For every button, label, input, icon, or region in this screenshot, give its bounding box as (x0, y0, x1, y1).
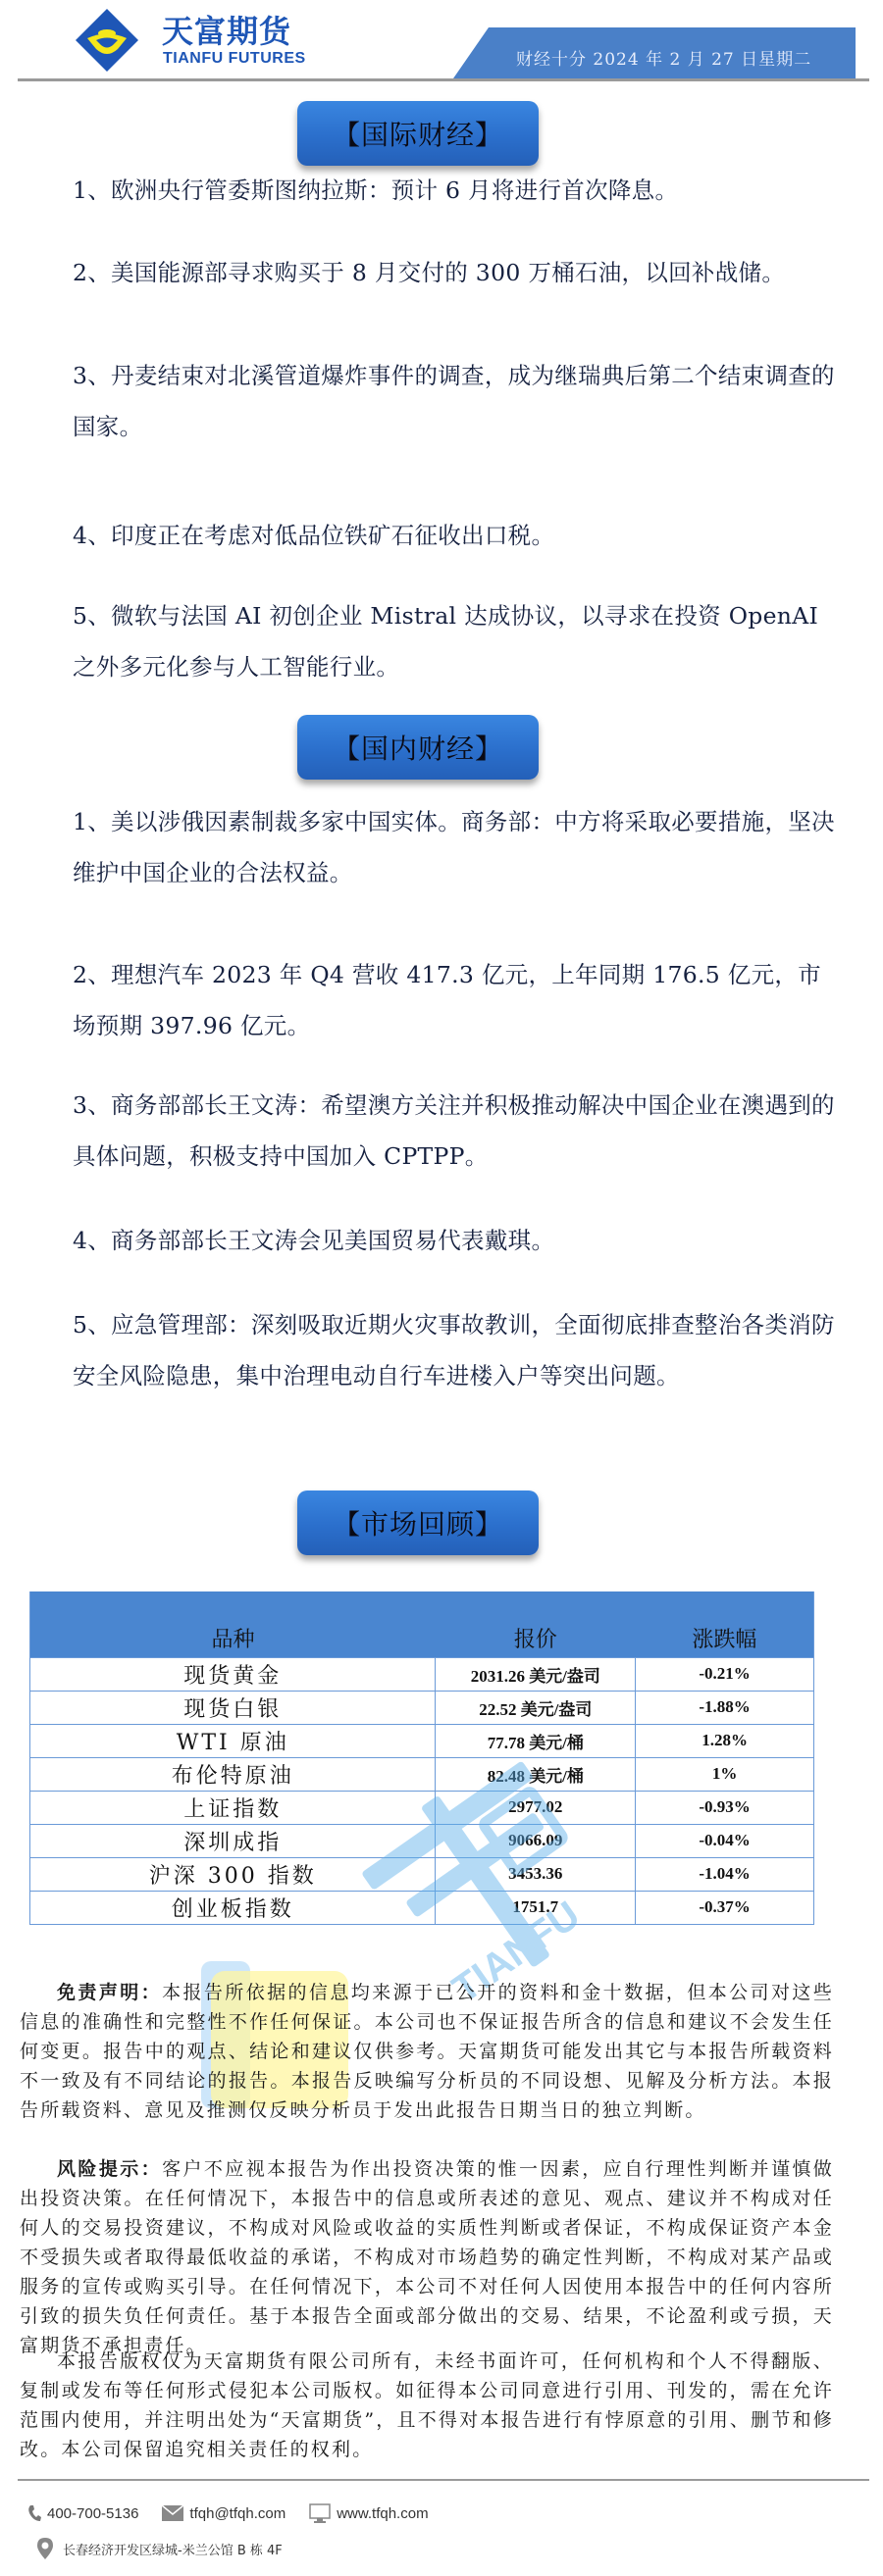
news-item: 3、商务部部长王文涛：希望澳方关注并积极推动解决中国企业在澳遇到的具体问题，积极… (73, 1080, 838, 1182)
instrument-name: 创业板指数 (30, 1891, 436, 1924)
tianfu-logo-icon (75, 8, 139, 73)
risk-notice-paragraph: 风险提示：客户不应视本报告为作出投资决策的惟一因素，应自行理性判断并谨慎做出投资… (20, 2154, 834, 2360)
risk-notice-text: 客户不应视本报告为作出投资决策的惟一因素，应自行理性判断并谨慎做出投资决策。在任… (20, 2158, 834, 2356)
instrument-name: 布伦特原油 (30, 1757, 436, 1791)
instrument-change: -1.04% (636, 1857, 814, 1891)
instrument-change: -0.04% (636, 1824, 814, 1857)
instrument-price: 2031.26 美元/盎司 (436, 1657, 636, 1691)
instrument-price: 3453.36 (436, 1857, 636, 1891)
news-item: 4、商务部部长王文涛会见美国贸易代表戴琪。 (73, 1215, 838, 1266)
risk-notice-label: 风险提示： (57, 2158, 162, 2180)
news-item: 2、美国能源部寻求购买于 8 月交付的 300 万桶石油，以回补战储。 (73, 247, 838, 298)
table-row: 深圳成指 9066.09 -0.04% (30, 1824, 814, 1857)
office-address: 长春经济开发区绿城-米兰公馆 B 栋 4F (63, 2540, 283, 2558)
instrument-name: 现货白银 (30, 1691, 436, 1724)
instrument-change: -0.37% (636, 1891, 814, 1924)
contact-phone: 400-700-5136 (27, 2504, 138, 2522)
header-divider (18, 78, 869, 81)
table-header-row: 品种 报价 涨跌幅 (30, 1591, 814, 1657)
news-item: 1、美以涉俄因素制裁多家中国实体。商务部：中方将采取必要措施，坚决维护中国企业的… (73, 796, 838, 898)
section-title-label: 【国际财经】 (333, 114, 503, 153)
column-header-instrument: 品种 (30, 1591, 436, 1657)
news-item: 5、应急管理部：深刻吸取近期火灾事故教训，全面彻底排查整治各类消防安全风险隐患，… (73, 1299, 838, 1401)
email-address[interactable]: tfqh@tfqh.com (189, 2505, 286, 2522)
date-banner: 财经十分 2024 年 2 月 27 日星期二 (453, 27, 856, 78)
table-row: 沪深 300 指数 3453.36 -1.04% (30, 1857, 814, 1891)
instrument-name: WTI 原油 (30, 1724, 436, 1757)
instrument-name: 深圳成指 (30, 1824, 436, 1857)
contact-website: www.tfqh.com (309, 2503, 428, 2523)
website-url[interactable]: www.tfqh.com (337, 2505, 428, 2522)
instrument-price: 77.78 美元/桶 (436, 1724, 636, 1757)
section-title-label: 【市场回顾】 (333, 1503, 503, 1542)
table-row: 现货白银 22.52 美元/盎司 -1.88% (30, 1691, 814, 1724)
monitor-icon (309, 2503, 331, 2523)
news-item: 3、丹麦结束对北溪管道爆炸事件的调查，成为继瑞典后第二个结束调查的国家。 (73, 350, 838, 452)
section-title-market: 【市场回顾】 (297, 1490, 539, 1555)
instrument-name: 沪深 300 指数 (30, 1857, 436, 1891)
report-date: 财经十分 2024 年 2 月 27 日星期二 (516, 45, 811, 70)
copyright-paragraph: 本报告版权仅为天富期货有限公司所有，未经书面许可，任何机构和个人不得翻版、复制或… (20, 2347, 834, 2464)
news-item: 1、欧洲央行管委斯图纳拉斯：预计 6 月将进行首次降息。 (73, 165, 838, 216)
instrument-change: -1.88% (636, 1691, 814, 1724)
table-row: 现货黄金 2031.26 美元/盎司 -0.21% (30, 1657, 814, 1691)
table-row: 布伦特原油 82.48 美元/桶 1% (30, 1757, 814, 1791)
location-pin-icon (37, 2538, 53, 2559)
instrument-change: -0.21% (636, 1657, 814, 1691)
mail-icon (162, 2505, 183, 2521)
table-row: WTI 原油 77.78 美元/桶 1.28% (30, 1724, 814, 1757)
section-title-domestic: 【国内财经】 (297, 715, 539, 780)
instrument-change: 1.28% (636, 1724, 814, 1757)
table-row: 上证指数 2977.02 -0.93% (30, 1791, 814, 1824)
instrument-price: 1751.7 (436, 1891, 636, 1924)
address-row: 长春经济开发区绿城-米兰公馆 B 栋 4F (37, 2538, 283, 2559)
news-item: 5、微软与法国 AI 初创企业 Mistral 达成协议，以寻求在投资 Open… (73, 590, 838, 692)
copyright-text: 本报告版权仅为天富期货有限公司所有，未经书面许可，任何机构和个人不得翻版、复制或… (20, 2350, 834, 2460)
brand-name-en: TIANFU FUTURES (163, 51, 306, 67)
instrument-price: 2977.02 (436, 1791, 636, 1824)
table-row: 创业板指数 1751.7 -0.37% (30, 1891, 814, 1924)
instrument-price: 9066.09 (436, 1824, 636, 1857)
instrument-name: 现货黄金 (30, 1657, 436, 1691)
disclaimer-label: 免责声明： (57, 1982, 162, 2003)
section-title-label: 【国内财经】 (333, 728, 503, 767)
phone-number: 400-700-5136 (47, 2505, 138, 2522)
brand-name-cn: 天富期货 (162, 16, 291, 47)
disclaimer-paragraph: 免责声明：本报告所依据的信息均来源于已公开的资料和金十数据，但本公司对这些信息的… (20, 1978, 834, 2125)
news-item: 2、理想汽车 2023 年 Q4 营收 417.3 亿元，上年同期 176.5 … (73, 949, 838, 1051)
column-header-change: 涨跌幅 (636, 1591, 814, 1657)
report-header: 天富期货 TIANFU FUTURES 财经十分 2024 年 2 月 27 日… (0, 0, 883, 78)
market-review-table: 品种 报价 涨跌幅 现货黄金 2031.26 美元/盎司 -0.21% 现货白银… (29, 1591, 814, 1925)
instrument-price: 22.52 美元/盎司 (436, 1691, 636, 1724)
section-title-international: 【国际财经】 (297, 101, 539, 166)
column-header-price: 报价 (436, 1591, 636, 1657)
news-item: 4、印度正在考虑对低品位铁矿石征收出口税。 (73, 510, 838, 561)
instrument-name: 上证指数 (30, 1791, 436, 1824)
contact-email: tfqh@tfqh.com (162, 2505, 286, 2522)
instrument-change: 1% (636, 1757, 814, 1791)
instrument-price: 82.48 美元/桶 (436, 1757, 636, 1791)
footer-divider (18, 2479, 869, 2481)
instrument-change: -0.93% (636, 1791, 814, 1824)
contact-row: 400-700-5136 tfqh@tfqh.com www.tfqh.com (27, 2499, 442, 2528)
phone-icon (27, 2504, 41, 2522)
